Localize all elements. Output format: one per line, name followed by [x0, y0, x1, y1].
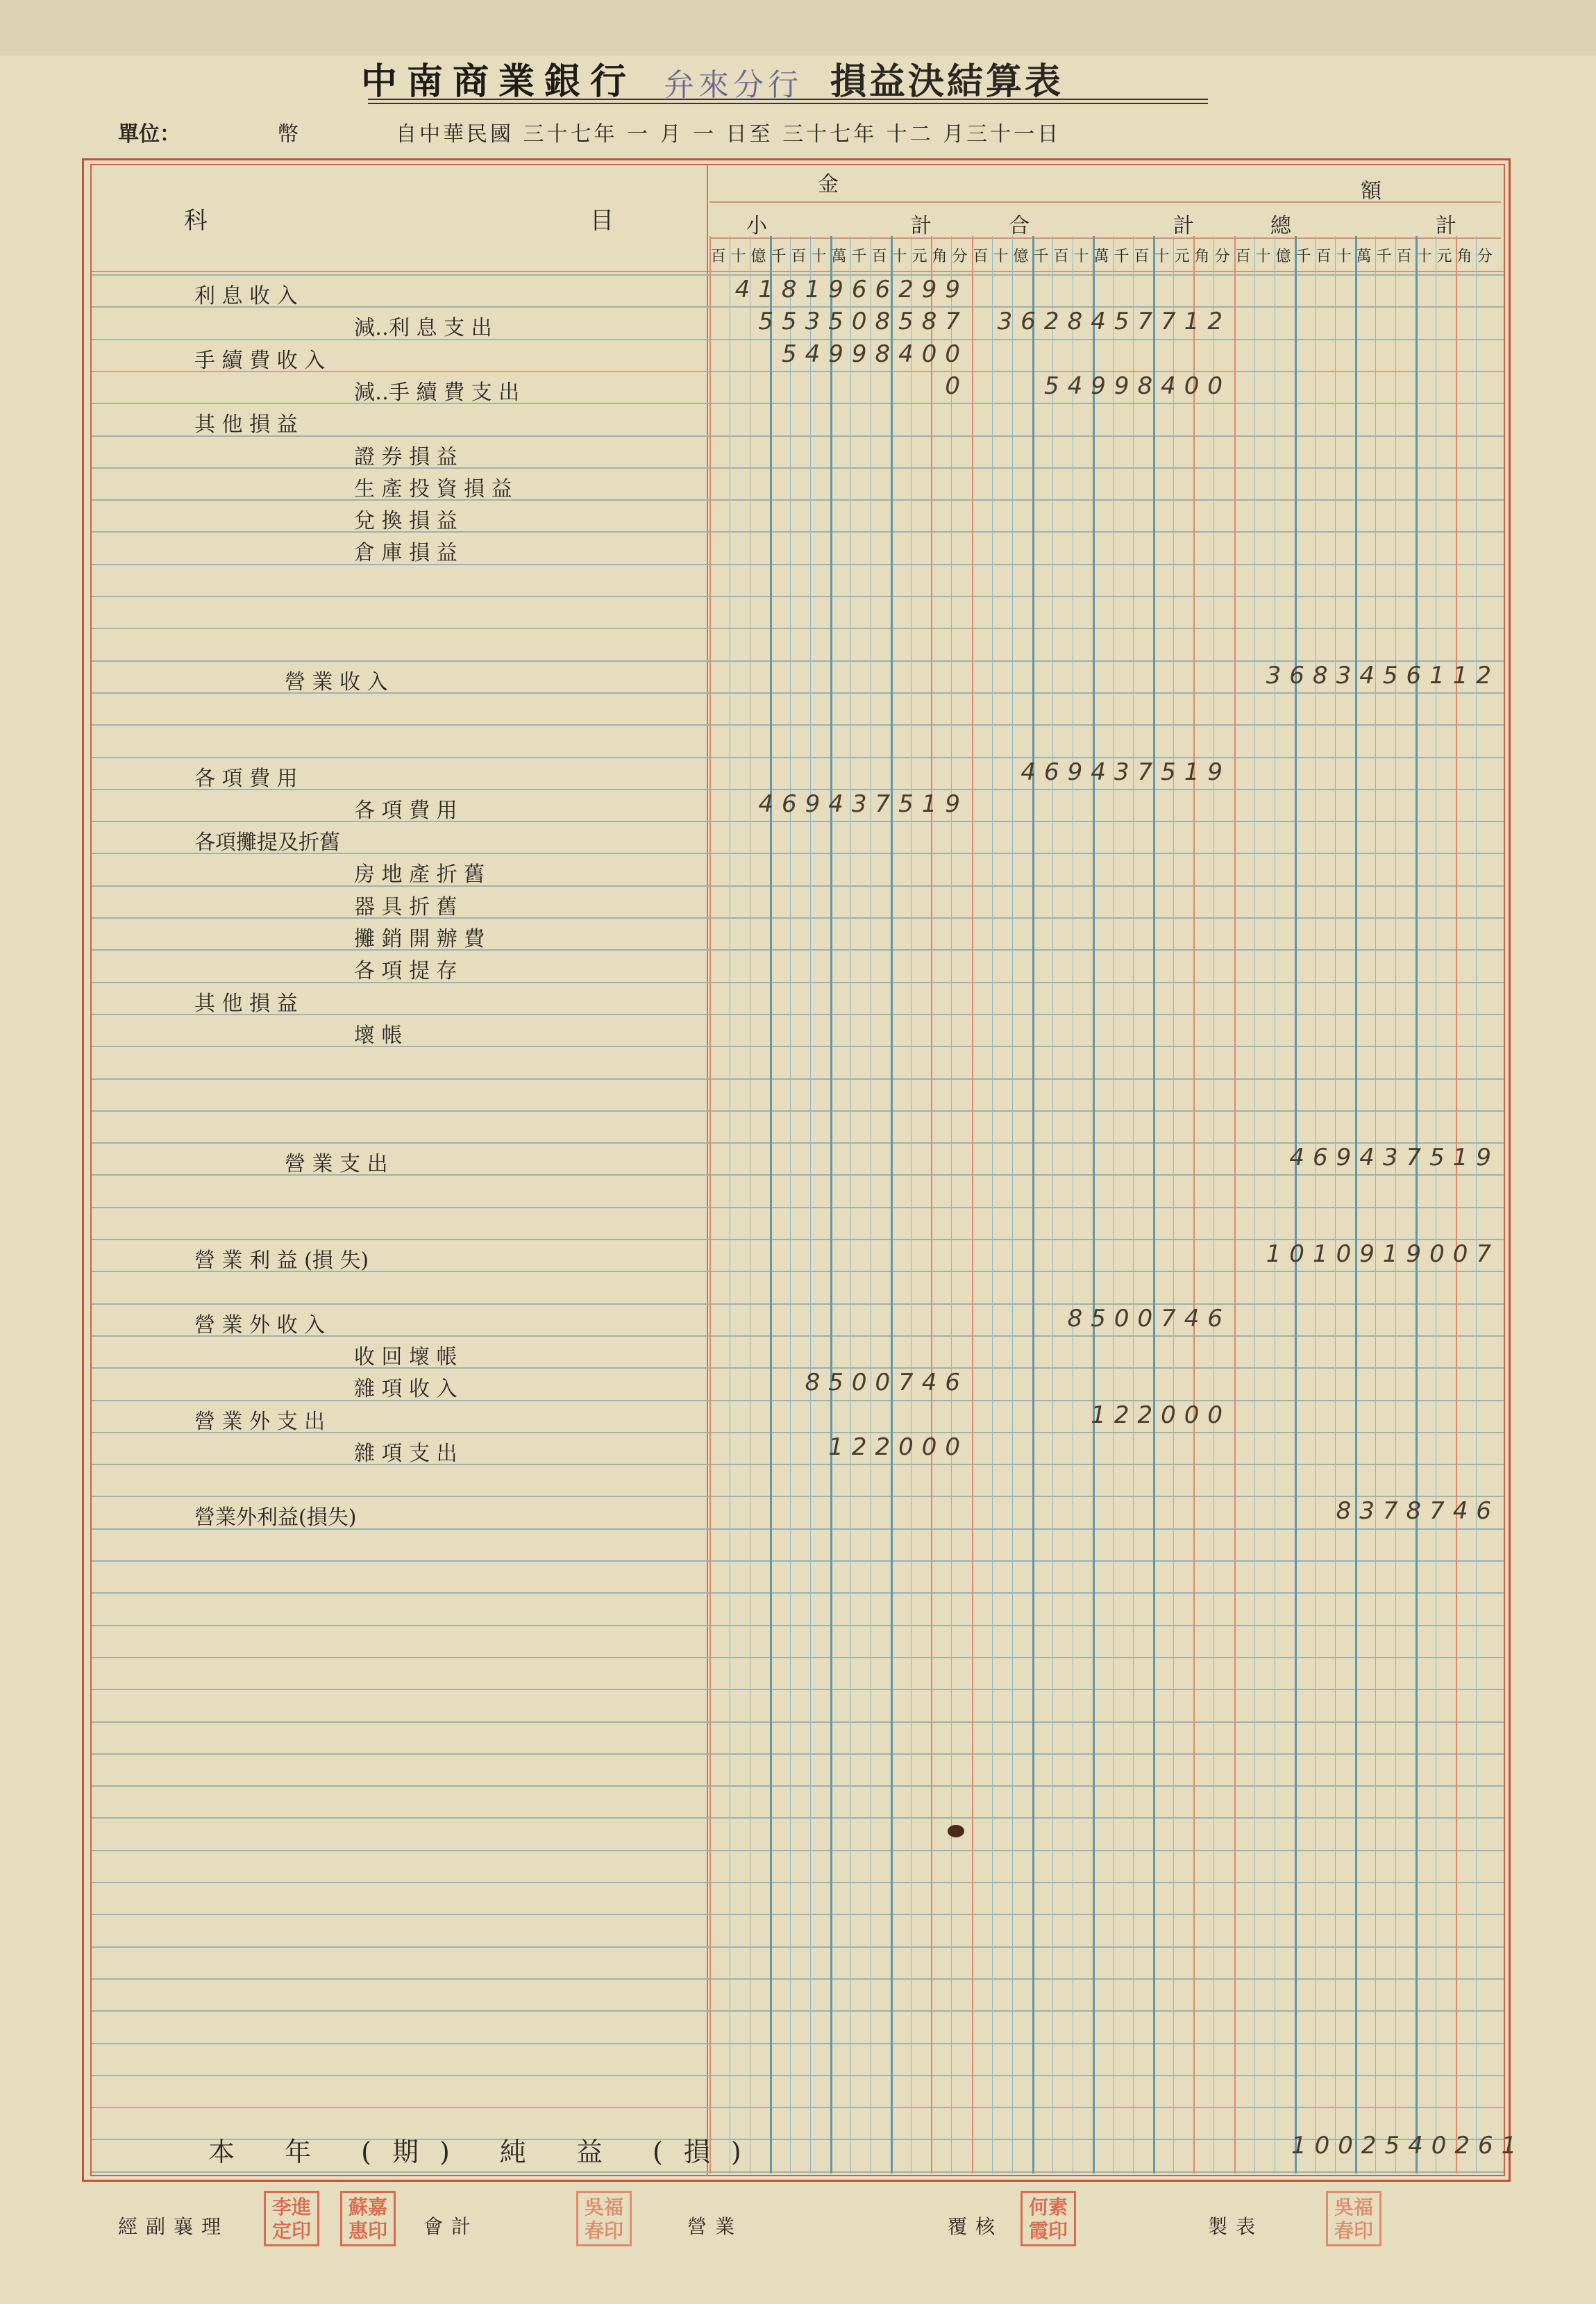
- subtotal-amount: 469437519: [712, 790, 968, 818]
- ledger-row-line: [92, 1110, 1504, 1112]
- account-label: 生 產 投 資 損 益: [354, 471, 607, 502]
- ledger-row-line: [92, 628, 1504, 629]
- ledger-row-line: [92, 1078, 1504, 1080]
- seal-manager-2: 蘇嘉惠印: [340, 2191, 396, 2246]
- ledger-row-line: [92, 821, 1504, 822]
- header-rule-2: [709, 237, 1501, 239]
- digit-place-header: 千: [1111, 244, 1132, 266]
- total-amount: 3683456112: [1243, 662, 1500, 690]
- digit-place-header: 億: [748, 244, 768, 266]
- ledger-column-line: [850, 236, 851, 2173]
- ledger-row-line: [92, 2075, 1504, 2076]
- account-label: 雜 項 收 入: [354, 1371, 607, 1402]
- bank-name: 中南商業銀行: [361, 52, 636, 104]
- digit-place-header: 百: [789, 244, 809, 266]
- account-label: 收 回 壞 帳: [354, 1339, 607, 1370]
- digit-place-header: 億: [1273, 244, 1293, 266]
- ledger-column-line: [1052, 236, 1053, 2173]
- ledger-row-line: [92, 531, 1504, 533]
- account-label: 營 業 外 支 出: [194, 1404, 325, 1435]
- ledger-row-line: [92, 949, 1504, 951]
- digit-place-header: 百: [1313, 244, 1334, 266]
- ledger-column-line: [1436, 236, 1436, 2173]
- ledger-row-line: [92, 1689, 1504, 1690]
- ledger-row-line: [92, 1785, 1504, 1787]
- account-label: 各 項 費 用: [354, 793, 607, 824]
- subtotal-amount: 8500746: [712, 1369, 968, 1396]
- ledger-row-line: [92, 564, 1504, 565]
- ledger-row-line: [92, 982, 1504, 983]
- combined-amount: 8500746: [974, 1305, 1231, 1333]
- net-result-label: 本 年 (期) 純 益 (損): [208, 2130, 762, 2169]
- account-label: 手 續 費 收 入: [194, 343, 325, 374]
- ledger-row-line: [92, 917, 1504, 919]
- subtotal-amount: 0: [712, 372, 968, 400]
- digit-place-header: 千: [849, 244, 869, 266]
- ledger-column-line: [1355, 236, 1357, 2173]
- digit-place-header: 十: [1334, 244, 1354, 266]
- ledger-column-line: [1012, 236, 1013, 2173]
- ledger-row-line: [92, 1592, 1504, 1594]
- ledger-row-line: [92, 2043, 1504, 2044]
- ledger-column-line: [750, 236, 750, 2173]
- ledger-row-line: [92, 596, 1504, 597]
- account-label: 證 券 損 益: [354, 440, 607, 470]
- ledger-column-line: [1456, 236, 1457, 2173]
- ledger-column-line: [951, 236, 952, 2173]
- account-label: 倉 庫 損 益: [354, 535, 607, 566]
- ledger-column-line: [790, 236, 791, 2173]
- ledger-row-line: [92, 1464, 1504, 1465]
- ledger-row-line: [92, 2010, 1504, 2012]
- ledger-column-line: [810, 236, 811, 2173]
- subject-header-left: 科: [184, 201, 208, 235]
- ledger-row-line: [92, 1946, 1504, 1948]
- meta-line: 單位： 幣 自中華民國 三十七年 一 月 一 日至 三十七年 十二 月三十一日: [118, 117, 1061, 147]
- ledger-column-line: [1295, 236, 1297, 2173]
- account-label: 營 業 利 益 (損 失): [194, 1243, 369, 1274]
- ledger-column-line: [1193, 236, 1195, 2173]
- ledger-column-line: [1335, 236, 1336, 2173]
- account-label: 器 具 折 舊: [354, 890, 607, 920]
- combined-amount: 469437519: [974, 758, 1231, 786]
- subtotal-header-right: 計: [911, 208, 932, 239]
- digit-place-header: 十: [1253, 244, 1273, 266]
- ledger-column-line: [1275, 236, 1275, 2173]
- digit-place-header: 分: [1475, 244, 1495, 266]
- ledger-row-line: [92, 403, 1504, 404]
- paper-top-margin: [0, 0, 1596, 56]
- digit-place-header: 千: [1374, 244, 1394, 266]
- ledger-column-line: [1213, 236, 1214, 2173]
- digit-place-header: 角: [1192, 244, 1212, 266]
- title-underline: [368, 99, 1208, 104]
- ledger-row-line: [92, 1914, 1504, 1915]
- combined-header-right: 計: [1173, 208, 1194, 239]
- ledger-row-line: [92, 1014, 1504, 1015]
- amount-header-left: 金: [818, 167, 839, 197]
- currency-label: 幣: [278, 117, 396, 147]
- account-label: 減‥手 續 費 支 出: [354, 375, 607, 406]
- ledger-row-line: [92, 1753, 1504, 1755]
- ledger-row-line: [92, 1207, 1504, 1208]
- ledger-row-line: [92, 724, 1504, 726]
- ledger-column-line: [1093, 236, 1095, 2173]
- document-title: 中南商業銀行 弁來分行 損益決結算表: [361, 49, 1064, 104]
- digit-place-header: 十: [991, 244, 1011, 266]
- digit-place-header: 百: [1233, 244, 1253, 266]
- ledger-column-line: [1133, 236, 1134, 2173]
- ledger-row-line: [92, 1850, 1504, 1851]
- ledger-row-line: [92, 757, 1504, 758]
- ledger-row-line: [92, 885, 1504, 887]
- ledger-row-line: [92, 1657, 1504, 1658]
- ledger-row-line: [92, 1046, 1504, 1047]
- digit-place-header: 百: [971, 244, 991, 266]
- ledger-row-line: [92, 1560, 1504, 1562]
- grandtotal-header-right: 計: [1436, 208, 1456, 239]
- amount-header-right: 額: [1361, 174, 1381, 204]
- seal-accounting: 吳福春印: [576, 2191, 632, 2246]
- ledger-row-line: [92, 1625, 1504, 1626]
- ledger-column-line: [931, 236, 932, 2173]
- account-label: 營 業 外 收 入: [194, 1308, 325, 1338]
- ink-spot: [948, 1825, 964, 1837]
- ledger-column-line: [972, 236, 973, 2173]
- ledger-column-line: [992, 236, 993, 2173]
- account-label: 其 他 損 益: [194, 986, 298, 1017]
- account-label: 房 地 產 折 舊: [354, 857, 607, 887]
- ledger-column-line: [830, 236, 832, 2173]
- digit-place-header: 元: [1172, 244, 1192, 266]
- digit-place-header: 分: [950, 244, 970, 266]
- ledger-column-line: [1254, 236, 1255, 2173]
- header-rule-3: [92, 271, 1504, 272]
- ledger-column-line: [1416, 236, 1418, 2173]
- account-label: 兌 換 損 益: [354, 503, 607, 534]
- ledger-column-line: [1032, 236, 1034, 2173]
- digit-place-header: 元: [909, 244, 930, 266]
- ledger-column-line: [730, 236, 730, 2173]
- ledger-column-line: [1113, 236, 1114, 2173]
- combined-amount: 122000: [974, 1401, 1231, 1429]
- ledger-column-line: [1234, 236, 1236, 2173]
- digit-place-header: 百: [1394, 244, 1414, 266]
- account-label: 利 息 收 入: [194, 278, 298, 309]
- ledger-column-line: [709, 236, 711, 2173]
- digit-place-header: 十: [809, 244, 829, 266]
- ledger-column-line: [911, 236, 912, 2173]
- ledger-column-line: [1073, 236, 1073, 2173]
- digit-place-header: 十: [728, 244, 748, 266]
- ledger-column-line: [1315, 236, 1316, 2173]
- account-label: 營業外利益(損失): [194, 1500, 356, 1530]
- signature-role-review: 覆核: [948, 2212, 1003, 2239]
- digit-place-header: 分: [1212, 244, 1232, 266]
- account-label: 各 項 費 用: [194, 761, 298, 792]
- account-label: 營 業 收 入: [285, 665, 388, 695]
- ledger-column-line: [1395, 236, 1396, 2173]
- account-label: 減‥利 息 支 出: [354, 310, 607, 341]
- unit-label: 單位：: [118, 117, 278, 147]
- digit-place-header: 十: [1071, 244, 1091, 266]
- ledger-row-line: [92, 1978, 1504, 1980]
- ledger-row-line: [92, 1721, 1504, 1723]
- digit-place-header: 百: [708, 244, 728, 266]
- digit-place-header: 角: [1454, 244, 1475, 266]
- subtotal-header-left: 小: [746, 208, 767, 239]
- seal-preparer: 吳福春印: [1326, 2191, 1381, 2246]
- ledger-row-line: [92, 1817, 1504, 1819]
- signature-role-operations: 營業: [687, 2212, 743, 2239]
- digit-place-header: 元: [1434, 244, 1454, 266]
- digit-place-header: 百: [1132, 244, 1152, 266]
- ledger-column-line: [871, 236, 871, 2173]
- combined-amount: 3628457712: [974, 308, 1231, 335]
- account-label: 壞 帳: [354, 1018, 607, 1049]
- total-amount: 8378746: [1243, 1497, 1500, 1525]
- ledger-row-line: [92, 1882, 1504, 1883]
- account-label: 營 業 支 出: [285, 1146, 388, 1177]
- digit-place-header: 角: [930, 244, 950, 266]
- grandtotal-header-left: 總: [1270, 208, 1291, 239]
- subtotal-amount: 122000: [712, 1433, 968, 1461]
- signature-role-accounting: 會計: [423, 2212, 479, 2239]
- branch-stamp: 弁來分行: [664, 60, 803, 104]
- period-label: 自中華民國 三十七年 一 月 一 日至 三十七年 十二 月三十一日: [396, 117, 1061, 147]
- subtotal-amount: 553508587: [712, 308, 968, 335]
- combined-amount: 54998400: [974, 372, 1231, 400]
- signature-role-manager: 經副襄理: [118, 2212, 229, 2239]
- digit-place-header: 億: [1011, 244, 1031, 266]
- subject-header-right: 目: [590, 201, 614, 235]
- subtotal-amount: 4181966299: [712, 276, 968, 303]
- ledger-column-line: [891, 236, 893, 2173]
- seal-review: 何素霞印: [1020, 2191, 1076, 2246]
- ledger-row-line: [92, 499, 1504, 501]
- ledger-row-line: [92, 1303, 1504, 1305]
- account-label: 攤 銷 開 辦 費: [354, 921, 607, 952]
- ledger-column-line: [1173, 236, 1174, 2173]
- ledger-column-line: [1375, 236, 1376, 2173]
- ledger-row-line: [92, 1400, 1504, 1401]
- ledger-row-line: [92, 467, 1504, 469]
- subject-divider: [707, 164, 708, 2176]
- total-amount: 1010919007: [1243, 1240, 1500, 1268]
- form-title: 損益決結算表: [830, 52, 1064, 104]
- account-label: 各 項 提 存: [354, 953, 607, 984]
- seal-manager-1: 李進定印: [264, 2191, 319, 2246]
- subtotal-amount: 54998400: [712, 340, 968, 368]
- header-rule-1: [709, 201, 1501, 203]
- account-label: 其 他 損 益: [194, 407, 298, 437]
- ledger-column-line: [1476, 236, 1477, 2173]
- account-label: 雜 項 支 出: [354, 1436, 607, 1467]
- ledger-row-line: [92, 2171, 1504, 2173]
- account-label: 各項攤提及折舊: [194, 825, 340, 855]
- ledger-row-line: [92, 2107, 1504, 2108]
- ledger-column-line: [770, 236, 772, 2173]
- signature-role-preparer: 製表: [1208, 2212, 1263, 2239]
- ledger-column-line: [1153, 236, 1155, 2173]
- combined-header-left: 合: [1009, 208, 1030, 239]
- ledger-row-line: [92, 435, 1504, 437]
- net-result-total: 1002540261: [1291, 2132, 1493, 2160]
- total-amount: 469437519: [1243, 1144, 1500, 1171]
- digit-place-header: 百: [869, 244, 889, 266]
- digit-place-header: 百: [1051, 244, 1071, 266]
